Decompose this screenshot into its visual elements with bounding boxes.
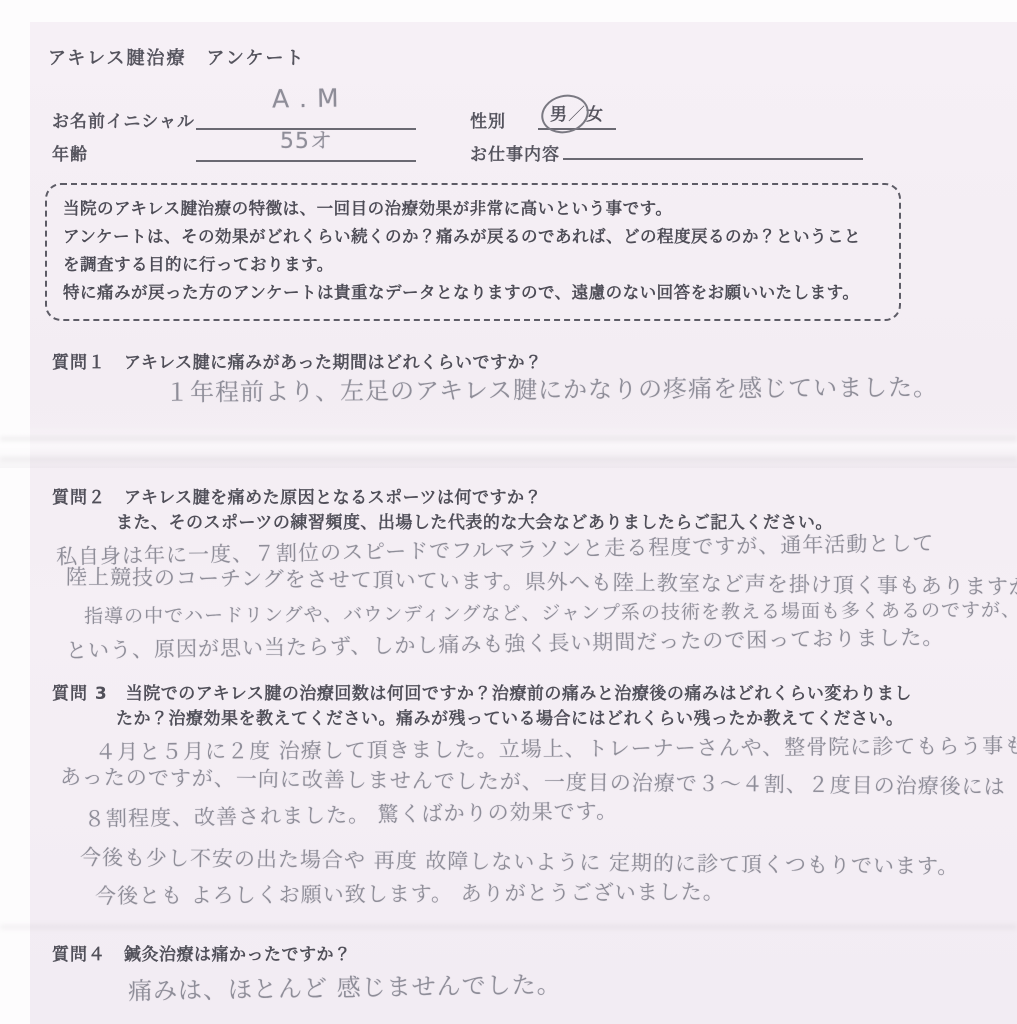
question-2-prompt-line2: また、そのスポーツの練習頻度、出場した代表的な大会などありましたらご記入ください… [116,508,833,533]
question-3-prompt: 当院でのアキレス腱の治療回数は何回ですか？治療前の痛みと治療後の痛みはどれくらい… [126,684,912,704]
question-2-header: 質問２アキレス腱を痛めた原因となるスポーツは何ですか？ [52,483,542,508]
scan-band [0,424,1017,468]
question-1-label: 質問１ [52,353,106,373]
question-4-prompt: 鍼灸治療は痛かったですか？ [124,945,352,965]
name-initial-label: お名前イニシャル [52,107,195,132]
intro-line: アンケートは、その効果がどれくらい続くのか？痛みが戻るのであれば、どの程度戻るの… [63,223,883,251]
gender-option-female: 女 [586,105,604,125]
question-3-label: 質問 3 [52,684,108,704]
form-title: アキレス腱治療 アンケート [48,44,305,70]
question-4-answer: 痛みは、ほとんど 感じませんでした。 [128,965,562,1007]
intro-notice-box: 当院のアキレス腱治療の特徴は、一回目の治療効果が非常に高いという事です。 アンケ… [45,183,901,321]
scan-streak [0,925,1017,929]
intro-line: 特に痛みが戻った方のアンケートは貴重なデータとなりますので、遠慮のない回答をお願… [63,279,883,307]
gender-label: 性別 [470,107,506,132]
question-4-label: 質問４ [52,945,106,965]
intro-line: 当院のアキレス腱治療の特徴は、一回目の治療効果が非常に高いという事です。 [63,195,883,223]
question-4-header: 質問４鍼灸治療は痛かったですか？ [52,940,352,965]
question-1-answer: １年程前より、左足のアキレス腱にかなりの疼痛を感じていました。 [165,367,938,407]
age-field: 55オ [196,124,416,162]
intro-line: を調査する目的に行っております。 [63,251,883,279]
scanned-questionnaire: アキレス腱治療 アンケート お名前イニシャル A . M 性別 男 ／女 年齢 … [0,0,1017,1024]
age-label: 年齢 [52,140,88,165]
job-field [563,128,863,160]
question-3-header: 質問 3当院でのアキレス腱の治療回数は何回ですか？治療前の痛みと治療後の痛みはど… [52,679,912,704]
question-3-answer-line: 今後とも よろしくお願い致します。 ありがとうございました。 [95,876,725,910]
question-3-answer-line: ４月と５月に２度 治療して頂きました。立場上、トレーナーさんや、整骨院に診てもら… [95,730,1017,767]
question-1-header: 質問１アキレス腱に痛みがあった期間はどれくらいですか？ [52,348,542,373]
question-2-label: 質問２ [52,488,106,508]
question-3-prompt-line2: たか？治療効果を教えてください。痛みが残っている場合にはどれくらい残ったか教えて… [116,704,904,729]
gender-field: 男 ／女 [538,100,616,130]
name-initial-value: A . M [272,83,340,113]
job-label: お仕事内容 [470,140,560,165]
question-2-prompt: アキレス腱を痛めた原因となるスポーツは何ですか？ [124,488,542,508]
age-value: 55オ [279,124,332,156]
